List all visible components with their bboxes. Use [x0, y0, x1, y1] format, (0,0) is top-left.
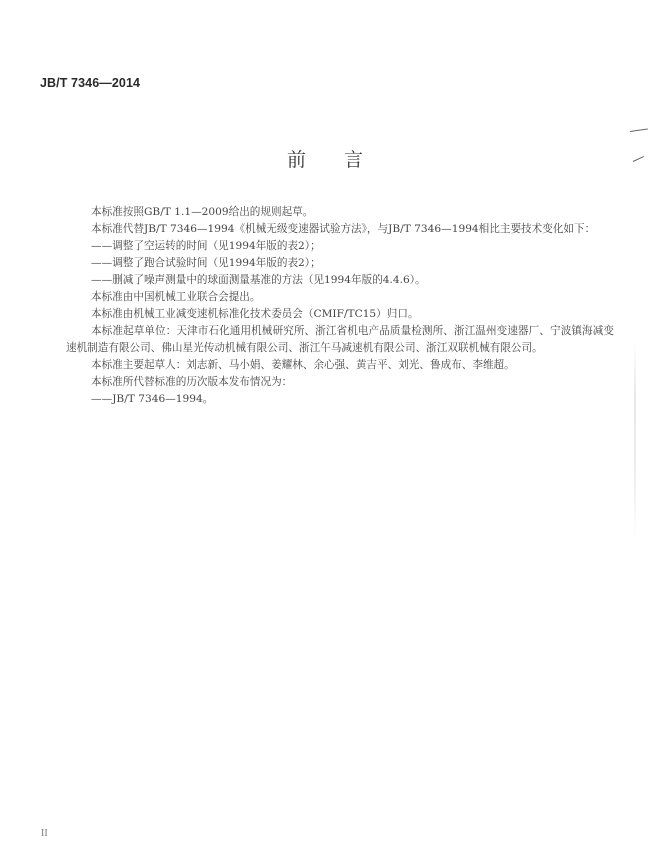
paragraph-history-intro: 本标准所代替标准的历次版本发布情况为： [66, 374, 614, 391]
paragraph-replacement: 本标准代替JB/T 7346—1994《机械无级变速器试验方法》，与JB/T 7… [66, 221, 614, 238]
paragraph-drafters: 本标准主要起草人：刘志新、马小娟、姜耀林、余心强、黄吉平、刘光、鲁成布、李维超。 [66, 357, 614, 374]
change-item: ——调整了跑合试验时间（见1994年版的表2）； [66, 255, 614, 272]
scan-artifact-mark [630, 129, 648, 133]
paragraph-committee: 本标准由机械工业减变速机标准化技术委员会（CMIF/TC15）归口。 [66, 306, 614, 323]
paragraph-drafting-units: 本标准起草单位：天津市石化通用机械研究所、浙江省机电产品质量检测所、浙江温州变速… [66, 323, 614, 357]
standard-code-header: JB/T 7346—2014 [40, 76, 140, 90]
paragraph-drafting-rules: 本标准按照GB/T 1.1—2009给出的规则起草。 [66, 204, 614, 221]
title-char-1: 前 [287, 149, 306, 171]
paragraph-proposer: 本标准由中国机械工业联合会提出。 [66, 289, 614, 306]
page-title: 前言 [0, 145, 650, 172]
page-number: II [41, 828, 48, 839]
scan-edge-shadow [634, 340, 636, 540]
foreword-body: 本标准按照GB/T 1.1—2009给出的规则起草。 本标准代替JB/T 734… [66, 204, 614, 408]
title-char-2: 言 [344, 149, 363, 171]
change-item: ——删减了噪声测量中的球面测量基准的方法（见1994年版的4.4.6）。 [66, 272, 614, 289]
change-item: ——调整了空运转的时间（见1994年版的表2）； [66, 238, 614, 255]
history-item: ——JB/T 7346—1994。 [66, 391, 614, 408]
